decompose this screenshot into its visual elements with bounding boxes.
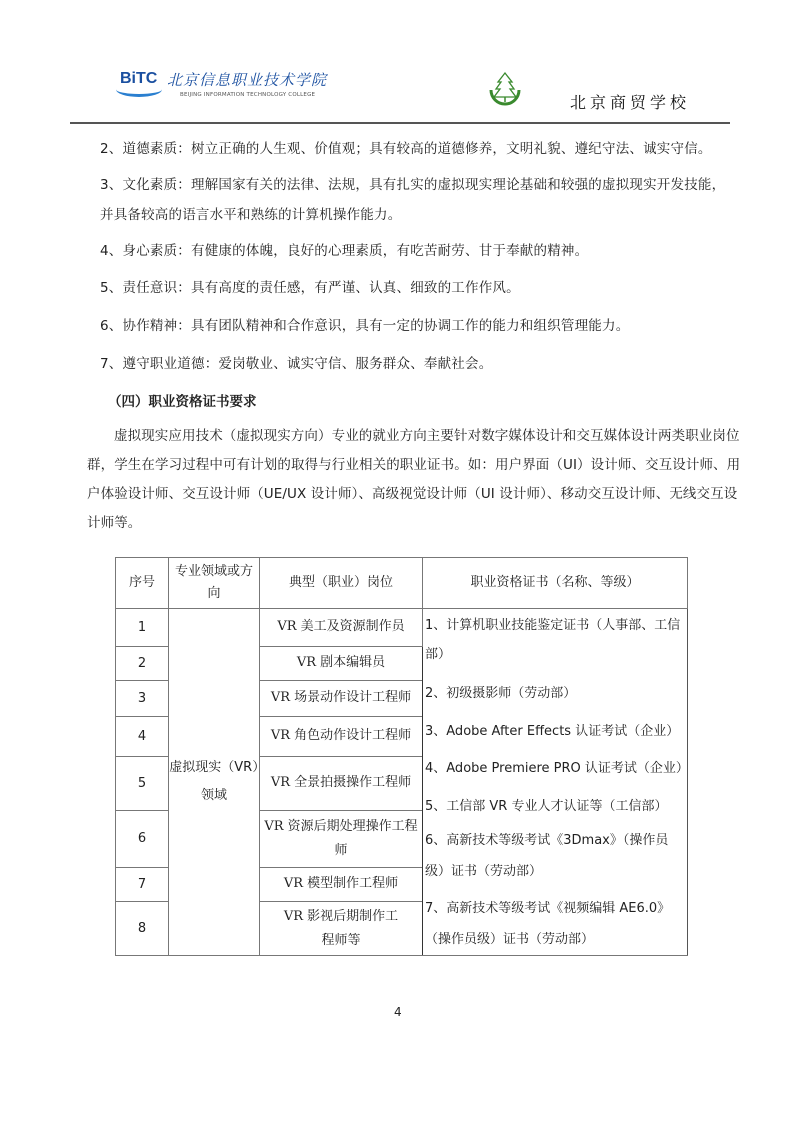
header-divider [70, 122, 730, 124]
row-no: 8 [116, 902, 169, 956]
section-heading: （四）职业资格证书要求 [108, 387, 257, 417]
quality-item: 7、遵守职业道德：爱岗敬业、诚实守信、服务群众、奉献社会。 [100, 347, 492, 381]
certificate-item: 3、Adobe After Effects 认证考试（企业） [425, 713, 685, 751]
row-no: 1 [116, 609, 169, 647]
school-name: 北京商贸学校 [570, 90, 690, 113]
certificate-item: 2、初级摄影师（劳动部） [425, 675, 685, 713]
row-no: 5 [116, 757, 169, 811]
row-job: VR 剧本编辑员 [260, 646, 423, 680]
document-page: BiTC 北京信息职业技术学院 BEIJING INFORMATION TECH… [0, 0, 800, 1131]
row-job: VR 影视后期制作工程师等 [260, 902, 423, 956]
quality-item: 4、身心素质：有健康的体魄，良好的心理素质，有吃苦耐劳、甘于奉献的精神。 [100, 234, 588, 268]
certificates-cell: 1、计算机职业技能鉴定证书（人事部、工信部） 2、初级摄影师（劳动部） 3、Ad… [423, 609, 688, 956]
row-job: VR 美工及资源制作员 [260, 609, 423, 647]
row-job: VR 资源后期处理操作工程师 [260, 810, 423, 867]
certificate-item: 6、高新技术等级考试《3Dmax》（操作员级）证书（劳动部） [425, 825, 685, 887]
section-intro: 虚拟现实应用技术（虚拟现实方向）专业的就业方向主要针对数字媒体设计和交互媒体设计… [87, 422, 742, 538]
row-job: VR 模型制作工程师 [260, 867, 423, 901]
college-name-en: BEIJING INFORMATION TECHNOLOGY COLLEGE [180, 92, 315, 98]
row-no: 6 [116, 810, 169, 867]
table-row: 1 虚拟现实（VR）领域 VR 美工及资源制作员 1、计算机职业技能鉴定证书（人… [116, 609, 688, 647]
certificate-item: 4、Adobe Premiere PRO 认证考试（企业） [425, 750, 685, 788]
header-no: 序号 [116, 558, 169, 609]
row-job: VR 场景动作设计工程师 [260, 681, 423, 717]
page-number: 4 [394, 1005, 402, 1019]
certificate-item: 7、高新技术等级考试《视频编辑 AE6.0》（操作员级）证书（劳动部） [425, 893, 685, 955]
bitc-logo-icon: BiTC 北京信息职业技术学院 BEIJING INFORMATION TECH… [120, 68, 320, 108]
domain-cell: 虚拟现实（VR）领域 [169, 609, 260, 956]
row-job: VR 全景拍摄操作工程师 [260, 757, 423, 811]
header-cert: 职业资格证书（名称、等级） [423, 558, 688, 609]
row-no: 2 [116, 646, 169, 680]
logo-mark: BiTC [120, 70, 157, 88]
header-domain: 专业领域或方向 [169, 558, 260, 609]
college-name-cn: 北京信息职业技术学院 [167, 69, 327, 90]
quality-item: 2、道德素质：树立正确的人生观、价值观；具有较高的道德修养，文明礼貌、遵纪守法、… [100, 132, 712, 166]
certificate-item: 1、计算机职业技能鉴定证书（人事部、工信部） [425, 611, 685, 669]
row-job: VR 角色动作设计工程师 [260, 716, 423, 757]
quality-item: 3、文化素质：理解国家有关的法律、法规，具有扎实的虚拟现实理论基础和较强的虚拟现… [100, 170, 730, 230]
row-no: 4 [116, 716, 169, 757]
certificate-item: 5、工信部 VR 专业人才认证等（工信部） [425, 788, 685, 826]
tree-emblem-icon [487, 70, 523, 108]
row-no: 7 [116, 867, 169, 901]
row-no: 3 [116, 681, 169, 717]
header-job: 典型（职业）岗位 [260, 558, 423, 609]
quality-item: 6、协作精神：具有团队精神和合作意识，具有一定的协调工作的能力和组织管理能力。 [100, 309, 629, 343]
page-header: BiTC 北京信息职业技术学院 BEIJING INFORMATION TECH… [100, 60, 730, 120]
table-header-row: 序号 专业领域或方向 典型（职业）岗位 职业资格证书（名称、等级） [116, 558, 688, 609]
certificate-table: 序号 专业领域或方向 典型（职业）岗位 职业资格证书（名称、等级） 1 虚拟现实… [115, 557, 688, 956]
quality-item: 5、责任意识：具有高度的责任感，有严谨、认真、细致的工作作风。 [100, 271, 520, 305]
